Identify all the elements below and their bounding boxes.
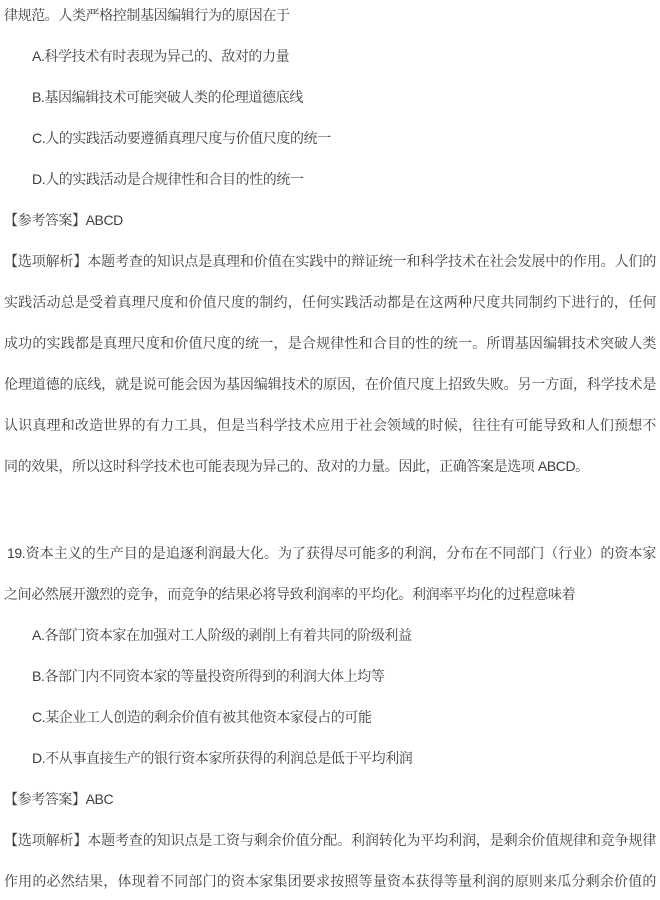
q18-analysis-line-3: 成功的实践都是真理尺度和价值尺度的统一，是合规律性和合目的性的统一。所谓基因编辑… [4, 323, 656, 364]
q18-reference-answer: 【参考答案】ABCD [4, 200, 656, 241]
q19-analysis-line-2: 作用的必然结果，体现着不同部门的资本家集团要求按照等量资本获得等量利润的原则来瓜… [4, 861, 656, 900]
q19-option-b: B.各部门内不同资本家的等量投资所得到的利润大体上均等 [4, 656, 656, 697]
q19-option-a: A.各部门资本家在加强对工人阶级的剥削上有着共同的阶级利益 [4, 615, 656, 656]
exam-answer-document: 律规范。人类严格控制基因编辑行为的原因在于 A.科学技术有时表现为异己的、敌对的… [0, 0, 660, 900]
q18-stem-tail: 律规范。人类严格控制基因编辑行为的原因在于 [4, 0, 656, 36]
section-break [4, 487, 656, 533]
q18-option-d: D.人的实践活动是合规律性和合目的性的统一 [4, 159, 656, 200]
q18-option-c: C.人的实践活动要遵循真理尺度与价值尺度的统一 [4, 118, 656, 159]
q19-reference-answer: 【参考答案】ABC [4, 779, 656, 820]
q19-option-d: D.不从事直接生产的银行资本家所获得的利润总是低于平均利润 [4, 738, 656, 779]
q19-option-c: C.某企业工人创造的剩余价值有被其他资本家侵占的可能 [4, 697, 656, 738]
q18-option-b: B.基因编辑技术可能突破人类的伦理道德底线 [4, 77, 656, 118]
q19-stem-line-1: 19.资本主义的生产目的是追逐利润最大化。为了获得尽可能多的利润，分布在不同部门… [4, 533, 656, 574]
q18-analysis-line-5: 认识真理和改造世界的有力工具，但是当科学技术应用于社会领域的时候，往往有可能导致… [4, 405, 656, 446]
q18-option-a: A.科学技术有时表现为异己的、敌对的力量 [4, 36, 656, 77]
q18-analysis-line-4: 伦理道德的底线，就是说可能会因为基因编辑技术的原因，在价值尺度上招致失败。另一方… [4, 364, 656, 405]
q18-analysis-line-1: 【选项解析】本题考查的知识点是真理和价值在实践中的辩证统一和科学技术在社会发展中… [4, 241, 656, 282]
q19-stem-line-2: 之间必然展开激烈的竞争，而竞争的结果必将导致利润率的平均化。利润率平均化的过程意… [4, 574, 656, 615]
q18-analysis-line-6: 同的效果，所以这时科学技术也可能表现为异己的、敌对的力量。因此，正确答案是选项 … [4, 446, 656, 487]
q19-analysis-line-1: 【选项解析】本题考查的知识点是工资与剩余价值分配。利润转化为平均利润，是剩余价值… [4, 820, 656, 861]
q18-analysis-line-2: 实践活动总是受着真理尺度和价值尺度的制约，任何实践活动都是在这两种尺度共同制约下… [4, 282, 656, 323]
